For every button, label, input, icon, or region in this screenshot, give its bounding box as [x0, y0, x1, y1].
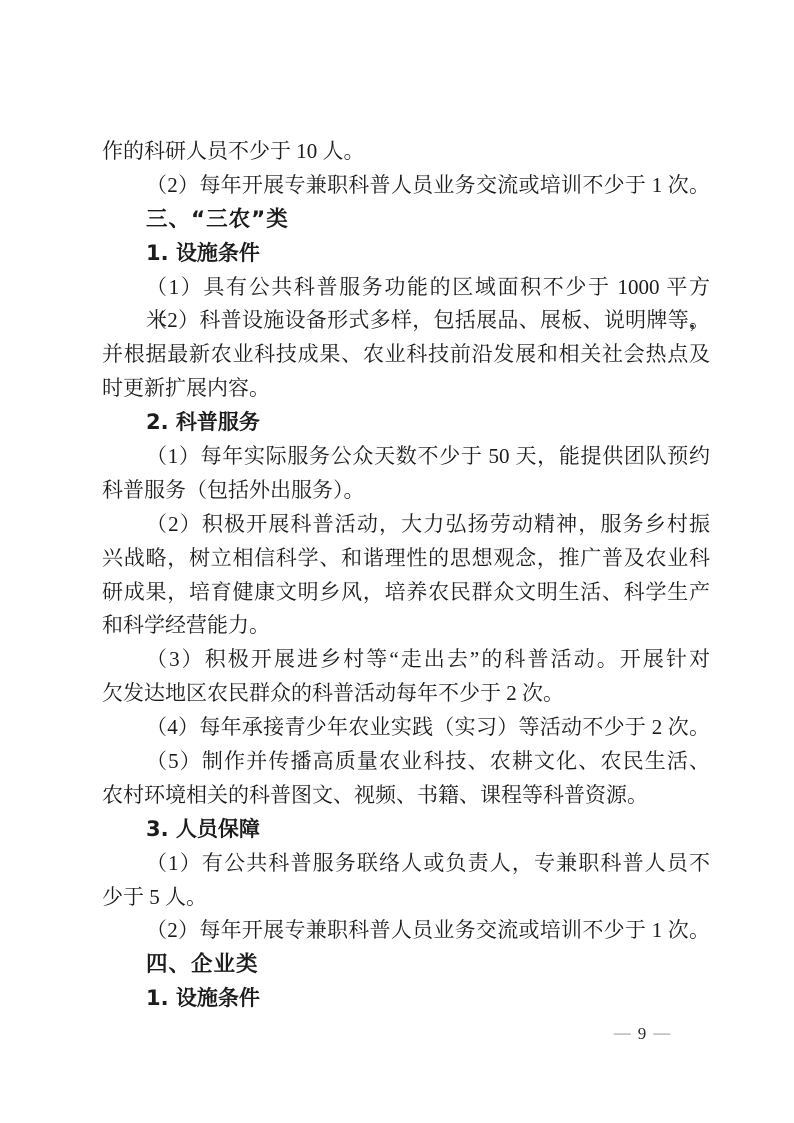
text-line: 兴战略，树立相信科学、和谐理性的思想观念，推广普及农业科: [102, 542, 710, 576]
text-line: （1）有公共科普服务联络人或负责人，专兼职科普人员不: [102, 847, 710, 881]
subsection-heading: 2. 科普服务: [102, 406, 710, 440]
subsection-heading: 1. 设施条件: [102, 982, 710, 1016]
text-line: （2）每年开展专兼职科普人员业务交流或培训不少于 1 次。: [102, 169, 710, 203]
page-number: — 9 —: [610, 1024, 674, 1044]
text-line: 作的科研人员不少于 10 人。: [102, 135, 710, 169]
subsection-heading: 3. 人员保障: [102, 813, 710, 847]
text-line: （2）科普设施设备形式多样，包括展品、展板、说明牌等，: [102, 304, 710, 338]
text-line: 农村环境相关的科普图文、视频、书籍、课程等科普资源。: [102, 779, 710, 813]
text-line: （4）每年承接青少年农业实践（实习）等活动不少于 2 次。: [102, 711, 710, 745]
text-line: 科普服务（包括外出服务）。: [102, 474, 710, 508]
text-line: （1）具有公共科普服务功能的区域面积不少于 1000 平方米。: [102, 271, 710, 305]
text-line: 少于 5 人。: [102, 881, 710, 915]
text-line: 和科学经营能力。: [102, 609, 710, 643]
text-line: （2）积极开展科普活动，大力弘扬劳动精神，服务乡村振: [102, 508, 710, 542]
text-line: （5）制作并传播高质量农业科技、农耕文化、农民生活、: [102, 745, 710, 779]
page-content: 作的科研人员不少于 10 人。 （2）每年开展专兼职科普人员业务交流或培训不少于…: [102, 135, 710, 1016]
text-line: （2）每年开展专兼职科普人员业务交流或培训不少于 1 次。: [102, 914, 710, 948]
text-line: 欠发达地区农民群众的科普活动每年不少于 2 次。: [102, 677, 710, 711]
text-line: （1）每年实际服务公众天数不少于 50 天，能提供团队预约: [102, 440, 710, 474]
section-heading: 三、“三农”类: [102, 203, 710, 237]
subsection-heading: 1. 设施条件: [102, 237, 710, 271]
document-page: 作的科研人员不少于 10 人。 （2）每年开展专兼职科普人员业务交流或培训不少于…: [0, 0, 794, 1123]
text-line: 时更新扩展内容。: [102, 372, 710, 406]
text-line: （3）积极开展进乡村等“走出去”的科普活动。开展针对: [102, 643, 710, 677]
page-number-dash-right: —: [653, 1023, 670, 1043]
page-number-dash-left: —: [614, 1023, 631, 1043]
text-line: 研成果，培育健康文明乡风，培养农民群众文明生活、科学生产: [102, 576, 710, 610]
page-number-value: 9: [638, 1024, 647, 1044]
section-heading: 四、企业类: [102, 948, 710, 982]
text-line: 并根据最新农业科技成果、农业科技前沿发展和相关社会热点及: [102, 338, 710, 372]
